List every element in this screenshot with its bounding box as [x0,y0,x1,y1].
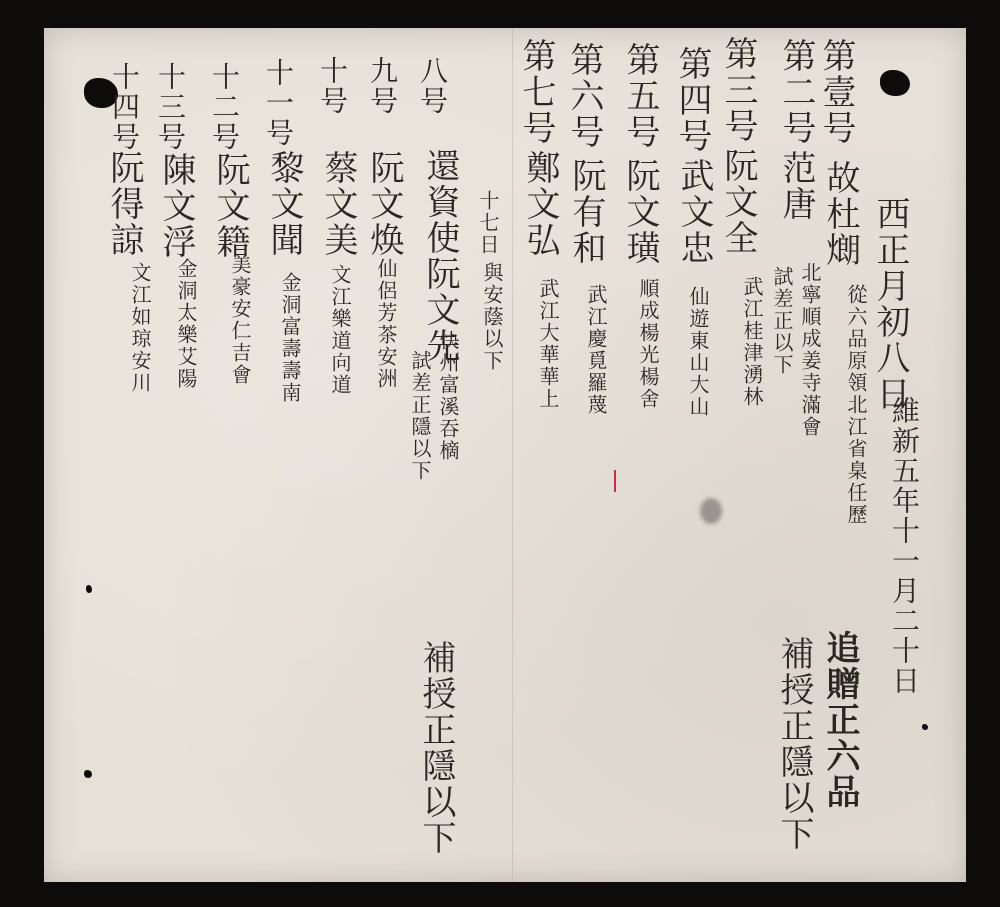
page-fold [512,28,514,882]
entry-name: 鄭文弘 [516,150,565,258]
header-date: 西正月初八日 [866,196,915,412]
entry-name: 蔡文美 [314,150,363,258]
entry-rank: 第二号 [772,38,821,146]
entry-rank: 十二号 [204,62,244,152]
entry-note: 快州富溪吞樀 [434,330,463,462]
entry-note: 武江慶覓羅蔑 [582,284,611,416]
entry-note-2: 試差正隱以下 [406,350,435,482]
date-note-detail: 與安蔭以下 [478,262,507,372]
entry-note: 從六品原領北江省臬任歷 [842,284,871,526]
entry-note: 仙侶芳茶安洲 [372,258,401,390]
entry-rank: 九号 [362,56,402,116]
entry-name: 阮文籍 [206,152,255,260]
entry-name: 武文忠 [670,158,719,266]
entry-note: 文江樂道向道 [326,264,355,396]
entry-note: 美豪安仁吉會 [226,254,255,386]
entry-name: 阮得諒 [100,150,149,258]
date-note: 十七日 [474,190,503,256]
entry-note: 北寧順成姜寺滿會 [796,262,825,438]
appointment: 補授正隱以下 [770,636,819,852]
entry-name: 阮文焕 [360,150,409,258]
entry-note: 仙遊東山大山 [684,286,713,418]
entry-rank: 十一号 [258,58,298,148]
worm-hole [84,770,92,778]
entry-note: 順成楊光楊舍 [634,278,663,410]
entry-note: 金洞富壽壽南 [276,272,305,404]
entry-rank: 第五号 [616,42,665,150]
entry-name: 故杜𤎜 [816,160,865,268]
red-mark [614,470,616,492]
entry-note: 金洞太樂艾陽 [172,258,201,390]
entry-name: 阮文全 [714,148,763,256]
posthumous-title: 追贈正六品 [816,630,865,810]
entry-rank: 十号 [312,56,352,116]
entry-name: 范唐 [772,150,821,222]
entry-rank: 八号 [412,56,452,116]
entry-rank: 第七号 [512,38,561,146]
reign-date: 維新五年十一月二十日 [884,396,924,696]
worm-hole [880,70,910,96]
extra-note: 試差正以下 [768,266,797,376]
ink-stain [700,498,722,524]
worm-hole [86,585,92,593]
entry-name: 陳文浮 [152,152,201,260]
worm-hole [922,724,928,730]
entry-name: 黎文聞 [260,150,309,258]
entry-name: 阮文璜 [616,158,665,266]
entry-rank: 十四号 [104,62,144,152]
entry-note: 武江大華華上 [534,278,563,410]
entry-rank: 第三号 [714,36,763,144]
entry-name: 阮有和 [562,158,611,266]
entry-rank: 第六号 [560,42,609,150]
entry-rank: 十三号 [150,62,190,152]
appointment: 補授正隱以下 [412,640,461,856]
entry-note: 武江桂津湧林 [738,276,767,408]
entry-note: 文江如琼安川 [126,262,155,394]
entry-rank: 第四号 [668,46,717,154]
